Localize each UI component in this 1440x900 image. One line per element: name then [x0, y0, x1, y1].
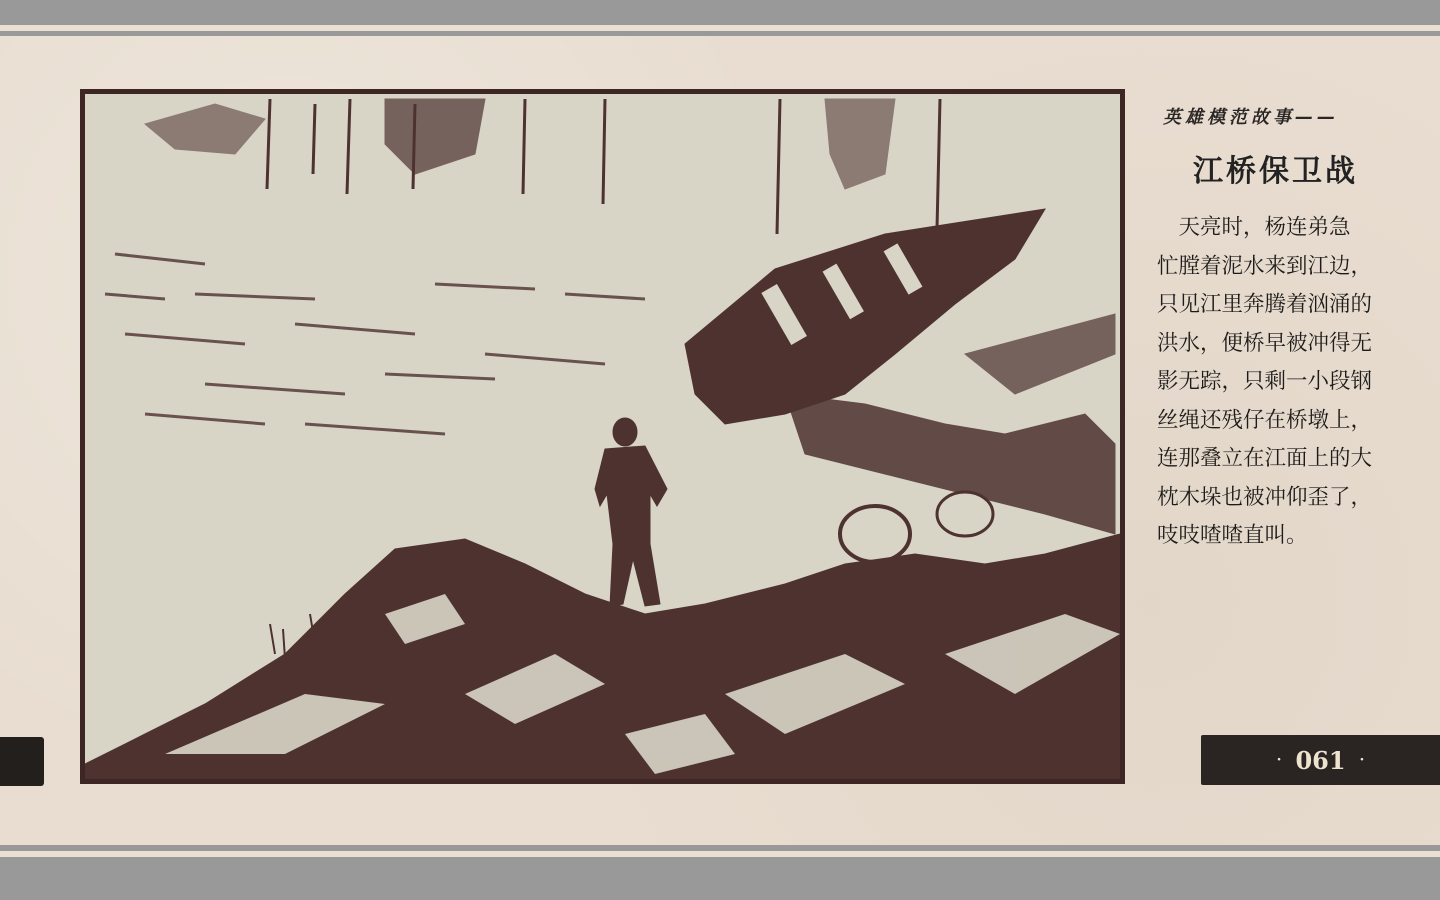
- body-line: 影无踪，只剩一小段钢: [1157, 363, 1409, 402]
- series-label: 英雄模范故事——: [1163, 103, 1339, 129]
- body-line: 忙膛着泥水来到江边，: [1157, 248, 1409, 287]
- body-line: 天亮时，杨连弟急: [1157, 209, 1409, 248]
- illustration-frame: [80, 89, 1125, 784]
- left-page-tab: [0, 737, 44, 786]
- separator-dot: ·: [1360, 752, 1365, 768]
- top-divider-line: [0, 31, 1440, 36]
- body-line: 枕木垛也被冲仰歪了，: [1157, 479, 1409, 518]
- top-letterbox-bar: [0, 0, 1440, 25]
- illustration-sketch: [85, 94, 1120, 779]
- story-title: 江桥保卫战: [1193, 146, 1358, 190]
- story-body-text: 天亮时，杨连弟急 忙膛着泥水来到江边， 只见江里奔腾着汹涌的 洪水，便桥早被冲得…: [1157, 209, 1409, 556]
- separator-dot: ·: [1277, 752, 1282, 768]
- body-line: 丝绳还残仔在桥墩上，: [1157, 402, 1409, 441]
- bottom-divider-line: [0, 845, 1440, 851]
- body-line: 连那叠立在江面上的大: [1157, 440, 1409, 479]
- body-line: 洪水，便桥早被冲得无: [1157, 325, 1409, 364]
- bottom-letterbox-bar: [0, 857, 1440, 900]
- page-number-badge: · 061 ·: [1201, 735, 1440, 785]
- body-line: 只见江里奔腾着汹涌的: [1157, 286, 1409, 325]
- body-line: 吱吱喳喳直叫。: [1157, 517, 1409, 556]
- page-number: 061: [1295, 746, 1345, 775]
